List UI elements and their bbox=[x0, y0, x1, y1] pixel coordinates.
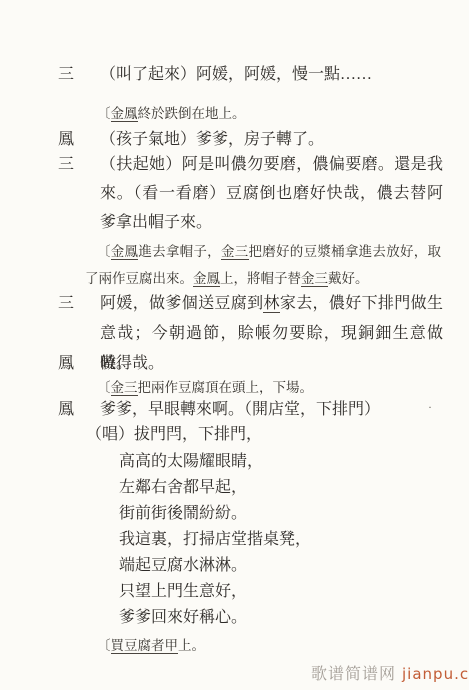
verse-line: 高高的太陽耀眼睛， bbox=[119, 449, 311, 475]
character-name: 金鳳 bbox=[111, 244, 139, 260]
verse-line: 只望上門生意好， bbox=[119, 579, 311, 605]
character-name: 金鳳 bbox=[111, 106, 138, 122]
dialogue-line: 三 （扶起她）阿是叫儂勿要磨，儂偏要磨。還是我來。（看一看磨）豆腐倒也磨好快哉，… bbox=[58, 150, 443, 237]
dialogue-text: 爹爹，早眼轉來啊。（開店堂，下排門） bbox=[100, 395, 443, 424]
verse-line: 左鄰右舍都早起， bbox=[119, 475, 311, 501]
stage-text: 上，將帽子替 bbox=[220, 271, 301, 286]
speaker-label: 三 bbox=[58, 60, 100, 89]
stage-bracket: 〔 bbox=[97, 638, 111, 653]
character-name: 金三 bbox=[221, 244, 249, 260]
stage-bracket: 〔 bbox=[97, 106, 111, 121]
sing-line: （唱）拔門閂，下排門， bbox=[86, 422, 262, 448]
speaker-label: 三 bbox=[58, 150, 100, 237]
stage-text: 終於跌倒在地上。 bbox=[138, 106, 246, 121]
watermark-site-name: 歌谱简谱网 bbox=[311, 666, 396, 683]
stage-direction: 〔金鳳進去拿帽子，金三把磨好的豆漿桶拿進去放好，取了兩作豆腐出來。金鳳上，將帽子… bbox=[85, 238, 441, 292]
stage-text: 上。 bbox=[178, 638, 205, 653]
stage-direction: 〔買豆腐者甲上。 bbox=[97, 632, 437, 659]
verse-line: 端起豆腐水淋淋。 bbox=[119, 553, 311, 579]
dialogue-text: （叫了起來）阿媛，阿媛，慢一點…… bbox=[100, 60, 443, 89]
stage-bracket: 〔 bbox=[97, 380, 111, 395]
verse-text: 拔門閂，下排門， bbox=[134, 426, 262, 443]
character-name: 林 bbox=[263, 295, 279, 313]
watermark-site-url: jianpu.cn bbox=[402, 665, 469, 683]
sing-tag: （唱） bbox=[86, 426, 134, 443]
stage-text: 把兩作豆腐頂在頭上，下場。 bbox=[138, 380, 314, 395]
stage-bracket: 〔 bbox=[97, 244, 111, 259]
dialogue-text: （扶起她）阿是叫儂勿要磨，儂偏要磨。還是我來。（看一看磨）豆腐倒也磨好快哉，儂去… bbox=[100, 150, 443, 237]
stage-direction: 〔金鳳終於跌倒在地上。 bbox=[97, 100, 437, 127]
character-name: 金鳳 bbox=[193, 271, 220, 287]
dialogue-text-segment: 阿媛，做爹個送豆腐到 bbox=[100, 295, 263, 312]
verse-line: 我這裏，打掃店堂揩桌凳， bbox=[119, 527, 311, 553]
verse-line: 街前街後鬧紛紛。 bbox=[119, 501, 311, 527]
dialogue-line: 三 （叫了起來）阿媛，阿媛，慢一點…… bbox=[58, 60, 443, 89]
character-name: 金三 bbox=[301, 271, 328, 287]
dialogue-line: 鳳 爹爹，早眼轉來啊。（開店堂，下排門） bbox=[58, 395, 443, 424]
watermark: 歌谱简谱网jianpu.cn bbox=[311, 661, 469, 684]
verse-block: 高高的太陽耀眼睛， 左鄰右舍都早起， 街前街後鬧紛紛。 我這裏，打掃店堂揩桌凳，… bbox=[119, 449, 311, 631]
stage-text: 戴好。 bbox=[328, 271, 369, 286]
speaker-label: 鳳 bbox=[58, 349, 100, 378]
character-name: 買豆腐者甲 bbox=[111, 638, 179, 654]
verse-line: 爹爹回來好稱心。 bbox=[119, 605, 311, 631]
speaker-label: 鳳 bbox=[58, 395, 100, 424]
stage-text: 進去拿帽子， bbox=[138, 244, 221, 259]
scan-dot-artifact: · bbox=[428, 400, 432, 415]
character-name: 金三 bbox=[111, 380, 138, 396]
scanned-script-page: 三 （叫了起來）阿媛，阿媛，慢一點…… 〔金鳳終於跌倒在地上。 鳳 （孩子氣地）… bbox=[0, 0, 469, 690]
